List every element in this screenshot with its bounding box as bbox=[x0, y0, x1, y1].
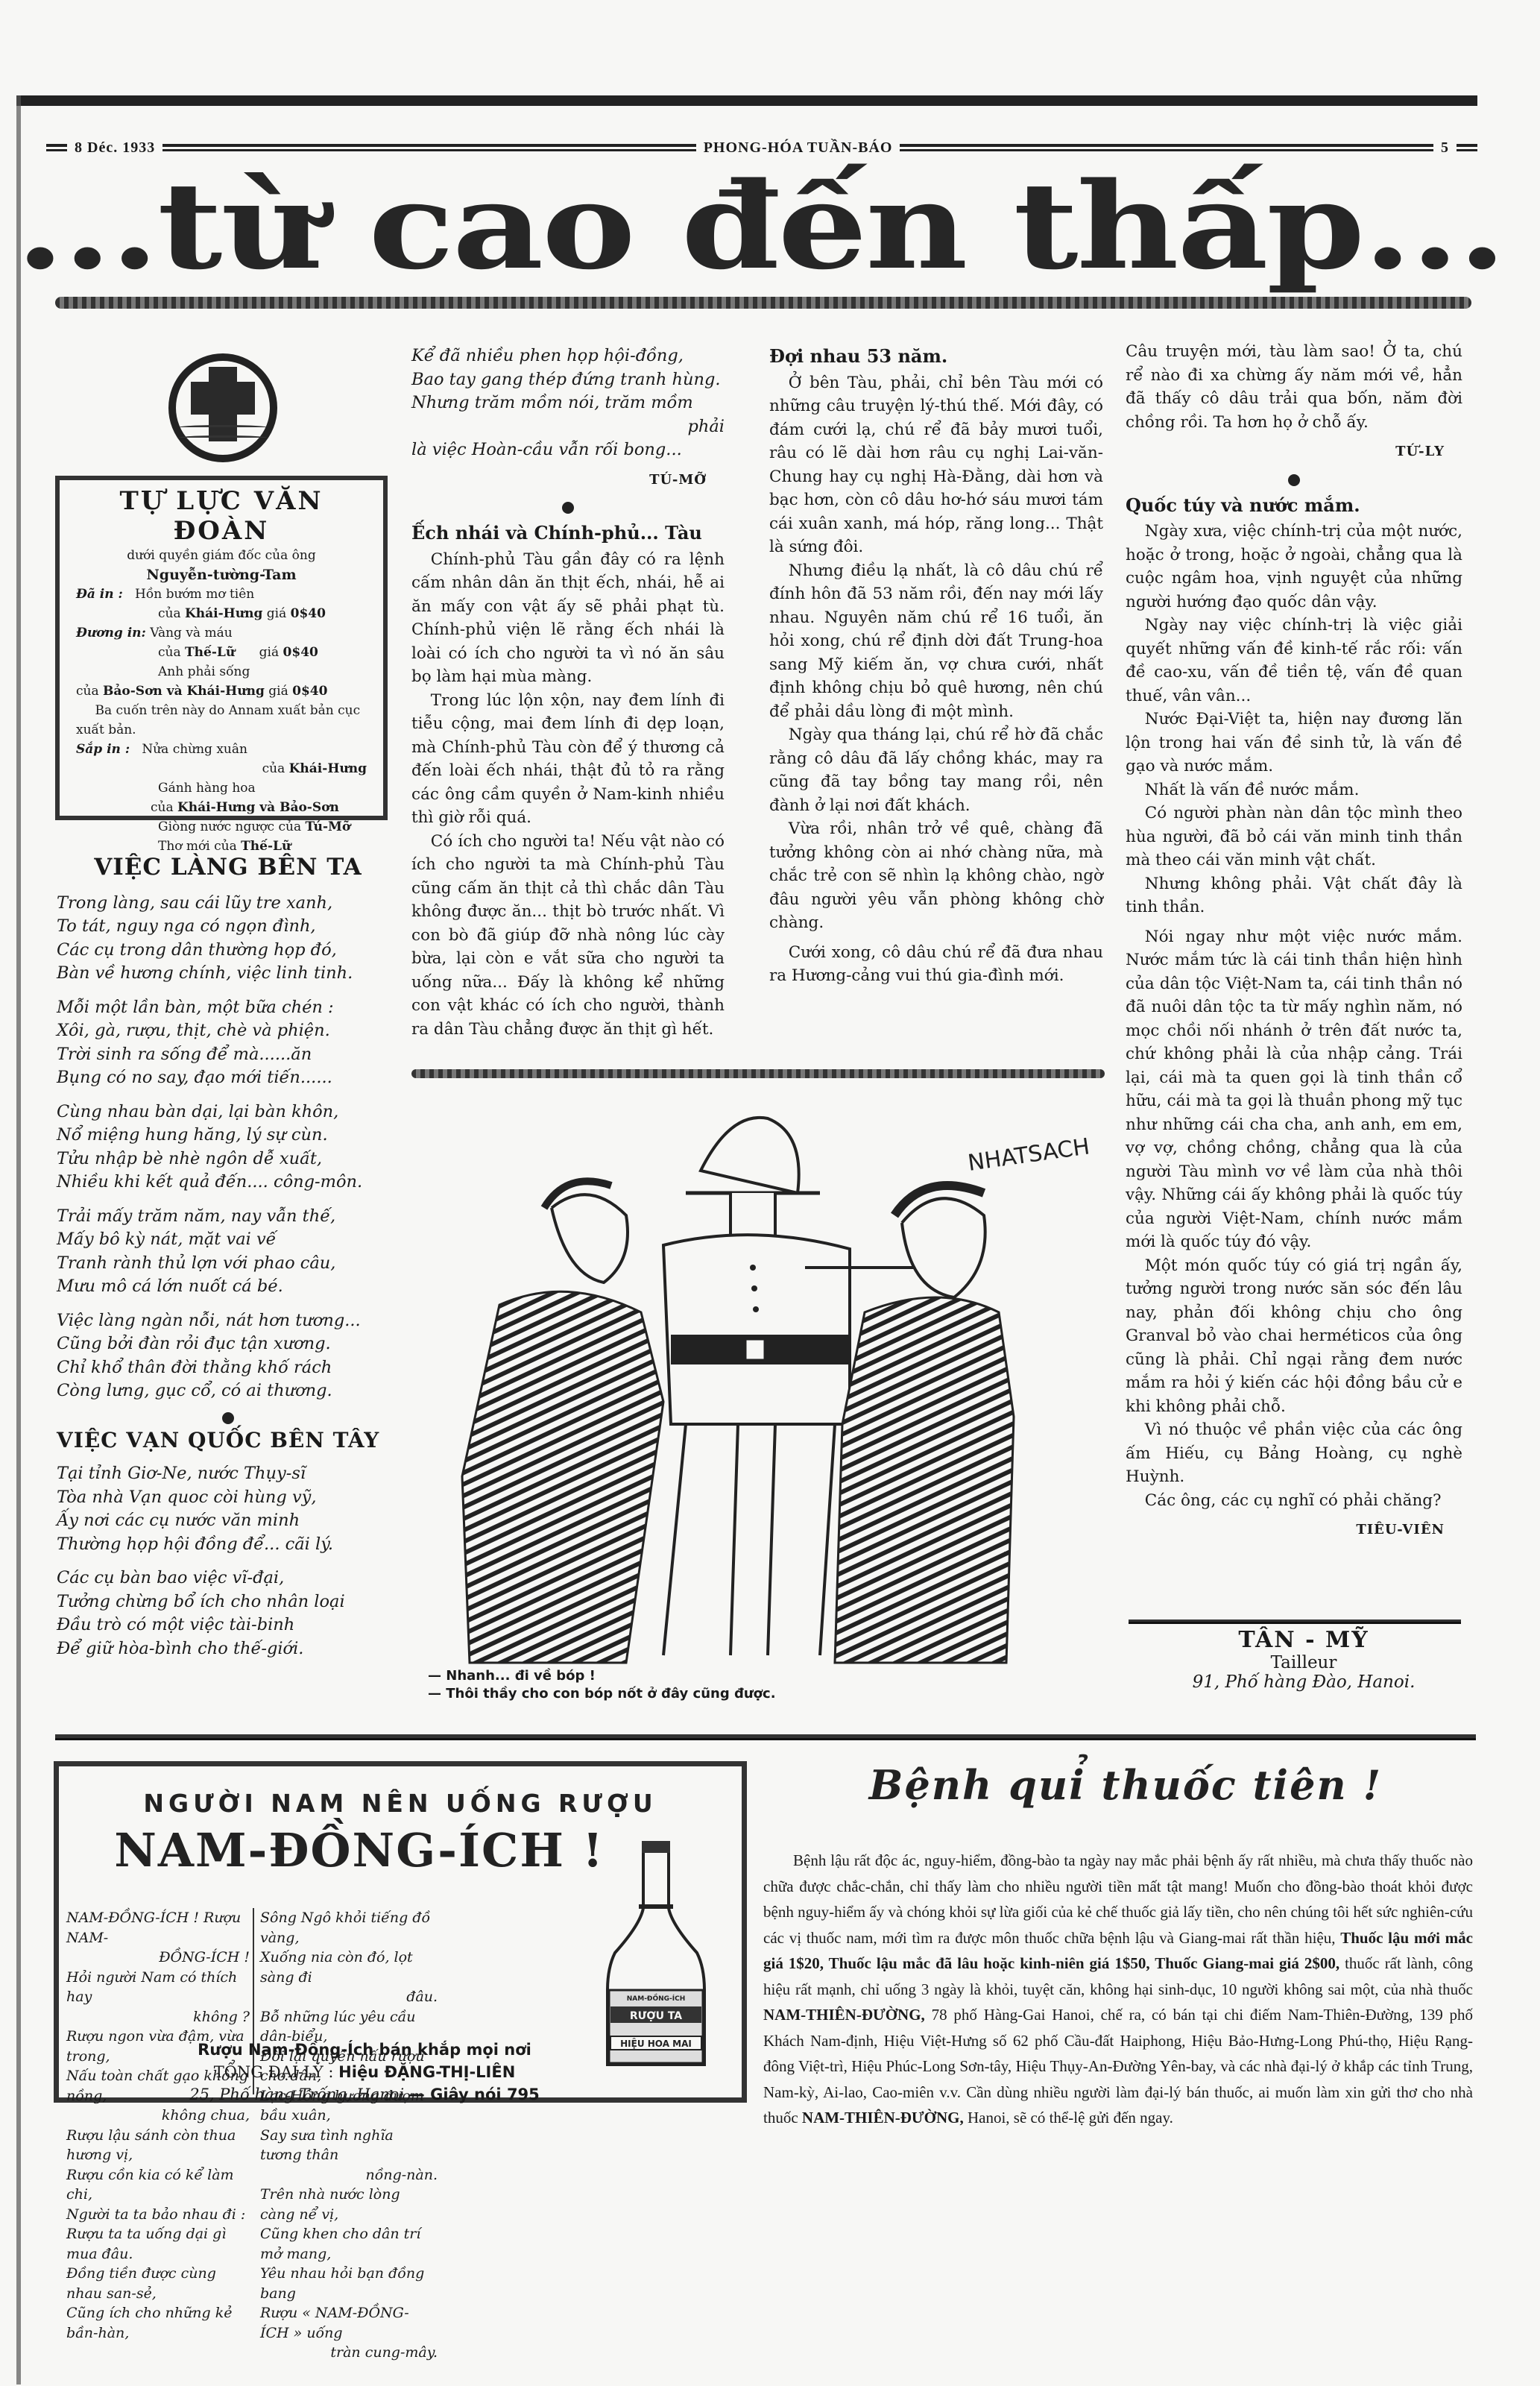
poem-line: Bàn về hương chính, việc linh tinh. bbox=[57, 962, 400, 986]
poem-line: Các cụ trong dân thường họp đó, bbox=[57, 939, 400, 963]
poem-title: VIỆC VẠN QUỐC BÊN TÂY bbox=[57, 1429, 400, 1452]
book-author-line: của Thế-Lữ giá 0$40 bbox=[76, 643, 367, 662]
section-bullet bbox=[222, 1412, 234, 1424]
poem-line: Mưu mô cá lớn nuốt cá bé. bbox=[57, 1275, 400, 1299]
issue-date: 8 Déc. 1933 bbox=[75, 139, 155, 157]
poem-line: Còng lưng, gục cổ, có ai thương. bbox=[57, 1379, 400, 1403]
header-rule bbox=[162, 144, 696, 151]
article-title: Quốc túy và nước mắm. bbox=[1126, 494, 1462, 517]
article-paragraph: Nhưng không phải. Vật chất đây là tinh t… bbox=[1126, 872, 1462, 919]
wine-bottle-icon: RƯỢU TA NAM-ĐỒNG-ÍCH HIỆU HOA MAI bbox=[600, 1841, 712, 2072]
book-entry: Đã in : Hồn bướm mơ tiên bbox=[76, 585, 367, 604]
box-title: TỰ LỰC VĂN ĐOÀN bbox=[76, 486, 367, 546]
section-masthead: ...từ cao đến thấp... bbox=[0, 163, 1540, 289]
medicine-ad-title: Bệnh quỉ thuốc tiên ! bbox=[775, 1761, 1476, 1809]
poem-line: Cùng nhau bàn dại, lại bàn khôn, bbox=[57, 1101, 400, 1124]
article-paragraph: Nhất là vấn đề nước mắm. bbox=[1126, 778, 1462, 802]
article-paragraph: Nước Đại-Việt ta, hiện nay đương lăn lộn… bbox=[1126, 708, 1462, 778]
article-paragraph: Trong lúc lộn xộn, nay đem lính đi tiễu … bbox=[411, 689, 725, 830]
author-signature: TIÊU-VIÊN bbox=[1126, 1518, 1445, 1542]
article-paragraph: Có ích cho người ta! Nếu vật nào có ích … bbox=[411, 830, 725, 1042]
header-rule bbox=[900, 144, 1433, 151]
poem-line: Xôi, gà, rượu, thịt, chè và phiện. bbox=[57, 1019, 400, 1043]
article-paragraph: Vì nó thuộc về phần việc của các ông ấm … bbox=[1126, 1418, 1462, 1489]
verse-line: Trên nhà nước lòng càng nể vị, bbox=[260, 2185, 438, 2224]
column-3: Đợi nhau 53 năm. Ở bên Tàu, phải, chỉ bê… bbox=[769, 344, 1103, 988]
article-paragraph: Câu truyện mới, tàu làm sao! Ở ta, chú r… bbox=[1126, 340, 1462, 434]
article-title: Đợi nhau 53 năm. bbox=[769, 344, 1103, 368]
book-entry: Đương in: Vàng và máu bbox=[76, 623, 367, 643]
poem-stanza: Việc làng ngàn nỗi, nát hơn tương...Cũng… bbox=[57, 1309, 400, 1403]
wine-address: 25, Phố hàng Trống, Hanoi — Giây nói 795 bbox=[126, 2083, 603, 2106]
verse-line: không ? bbox=[66, 2007, 250, 2027]
article-paragraph: Ngày nay việc chính-trị là việc giải quy… bbox=[1126, 614, 1462, 708]
verse-line: Yêu nhau hỏi bạn đồng bang bbox=[260, 2264, 438, 2303]
poem-line: Trong làng, sau cái lũy tre xanh, bbox=[57, 892, 400, 916]
book-entry: Sắp in : Nửa chừng xuân bbox=[76, 740, 367, 759]
verse-line: Sông Ngô khỏi tiếng đồ vàng, bbox=[260, 1908, 438, 1948]
poem-line: Bụng có no say, đạo mới tiến...... bbox=[57, 1066, 400, 1090]
column-4: Câu truyện mới, tàu làm sao! Ở ta, chú r… bbox=[1126, 340, 1462, 1542]
poem-stanza: Tại tỉnh Giơ-Ne, nước Thụy-sĩTòa nhà Vạn… bbox=[57, 1462, 400, 1556]
verse-line: đâu. bbox=[260, 1987, 438, 2007]
article-paragraph: Có người phàn nàn dân tộc mình theo hùa … bbox=[1126, 802, 1462, 872]
poem-line: Đầu trò có một việc tài-binh bbox=[57, 1614, 400, 1637]
article-paragraph: Chính-phủ Tàu gần đây có ra lệnh cấm nhâ… bbox=[411, 548, 725, 689]
tailor-ad: TÂN - MỸ Tailleur 91, Phố hàng Đào, Hano… bbox=[1129, 1627, 1479, 1692]
poem-line: Tại tỉnh Giơ-Ne, nước Thụy-sĩ bbox=[57, 1462, 400, 1486]
poem-body: Tại tỉnh Giơ-Ne, nước Thụy-sĩTòa nhà Vạn… bbox=[57, 1462, 400, 1661]
article-paragraph: Ở bên Tàu, phải, chỉ bên Tàu mới có nhữn… bbox=[769, 371, 1103, 559]
header-rule-right bbox=[1457, 144, 1477, 151]
tailor-trade: Tailleur bbox=[1129, 1653, 1479, 1672]
poem-stanza: Cùng nhau bàn dại, lại bàn khôn,Nổ miệng… bbox=[57, 1101, 400, 1194]
verse-line: tràn cung-mây. bbox=[260, 2343, 438, 2363]
emblem-wave bbox=[179, 435, 267, 440]
verse-line: Xuống nia còn đó, lọt sàng đi bbox=[260, 1948, 438, 1987]
svg-text:NHATSACH: NHATSACH bbox=[966, 1133, 1091, 1177]
verse-line: Cũng khen cho dân trí mở mang, bbox=[260, 2224, 438, 2264]
verse-line: Rượu lậu sánh còn thua hương vị, bbox=[66, 2126, 250, 2165]
verse-line: Rượu cồn kia có kể làm chi, bbox=[66, 2165, 250, 2205]
poem-line: Bao tay gang thép đứng tranh hùng. bbox=[411, 368, 725, 392]
wine-availability: Rượu Nam-Đồng-Ích bán khắp mọi nơi bbox=[126, 2039, 603, 2061]
poem-line: Tranh rành thủ lợn với phao câu, bbox=[57, 1252, 400, 1276]
poem-line: To tát, nguy nga có ngọn đình, bbox=[57, 915, 400, 939]
poem-line: Thường họp hội đồng để... cãi lý. bbox=[57, 1533, 400, 1557]
verse-line: nồng-nàn. bbox=[260, 2165, 438, 2185]
poem-village-affairs: VIỆC LÀNG BÊN TA Trong làng, sau cái lũy… bbox=[57, 856, 400, 1671]
pharmacy-name: NAM-THIÊN-ĐƯỜNG, bbox=[763, 2006, 925, 2024]
poem-line: Nhiều khi kết quả đến.... công-môn. bbox=[57, 1171, 400, 1194]
book-author-line: của Khái-Hưng bbox=[76, 759, 367, 778]
poem-line: phải bbox=[411, 415, 725, 439]
book-author-line: của Khái-Hưng giá 0$40 bbox=[76, 604, 367, 623]
box-subtitle: dưới quyền giám đốc của ông bbox=[76, 546, 367, 565]
book-entry: Gánh hàng hoa bbox=[76, 778, 367, 798]
verse-line: Rượu « NAM-ĐỒNG-ÍCH » uống bbox=[260, 2303, 438, 2343]
poem-line: Nhưng trăm mồm nói, trăm mồm bbox=[411, 391, 725, 415]
poem-line: Kể đã nhiều phen họp hội-đồng, bbox=[411, 344, 725, 368]
article-paragraph: Nói ngay như một việc nước mắm. Nước mắm… bbox=[1126, 925, 1462, 1254]
poem-body: Trong làng, sau cái lũy tre xanh,To tát,… bbox=[57, 892, 400, 1403]
masthead-wavy-rule bbox=[55, 297, 1471, 309]
poem-line: Nổ miệng hung hăng, lý sự cùn. bbox=[57, 1124, 400, 1148]
poem-line: Tửu nhập bè nhè ngôn dễ xuất, bbox=[57, 1148, 400, 1171]
caption-line: — Thôi thầy cho con bóp nốt ở đây cũng đ… bbox=[428, 1685, 776, 1703]
article-paragraph: Cưới xong, cô dâu chú rể đã đưa nhau ra … bbox=[769, 941, 1103, 988]
poem-stanza: Trải mấy trăm năm, nay vẫn thế,Mấy bô kỳ… bbox=[57, 1205, 400, 1299]
tu-luc-van-doan-emblem-icon bbox=[168, 353, 277, 462]
section-bullet bbox=[562, 502, 574, 514]
page-top-border bbox=[16, 95, 1477, 106]
cartoon-caption: — Nhanh... đi về bóp ! — Thôi thầy cho c… bbox=[428, 1667, 776, 1703]
caption-line: — Nhanh... đi về bóp ! bbox=[428, 1667, 776, 1685]
tailor-address: 91, Phố hàng Đào, Hanoi. bbox=[1129, 1672, 1479, 1692]
emblem-stem bbox=[209, 367, 237, 441]
poem-line: Cũng bởi đàn rỏi đục tận xương. bbox=[57, 1332, 400, 1356]
verse-line: Đồng tiền được cùng nhau san-sẻ, bbox=[66, 2264, 250, 2303]
book-list-box: TỰ LỰC VĂN ĐOÀN dưới quyền giám đốc của … bbox=[55, 476, 388, 820]
poem-line: Chỉ khổ thân đời thằng khố rách bbox=[57, 1356, 400, 1380]
poem-line: Các cụ bàn bao việc vĩ-đại, bbox=[57, 1567, 400, 1590]
wine-footer: Rượu Nam-Đồng-Ích bán khắp mọi nơi TỔNG … bbox=[126, 2039, 603, 2106]
verse-line: NAM-ĐỒNG-ÍCH ! Rượu NAM- bbox=[66, 1908, 250, 1948]
medicine-ad-body: Bệnh lậu rất độc ác, nguy-hiểm, đồng-bào… bbox=[763, 1848, 1473, 2131]
wine-advertisement: NGƯỜI NAM NÊN UỐNG RƯỢU NAM-ĐỒNG-ÍCH ! N… bbox=[54, 1761, 747, 2103]
publication-name: PHONG-HÓA TUẦN-BÁO bbox=[704, 139, 893, 157]
article-title: Ếch nhái và Chính-phủ... Tàu bbox=[411, 521, 725, 545]
poem-line: là việc Hoàn-cầu vẫn rối bong... bbox=[411, 438, 725, 462]
header-rule-left bbox=[46, 144, 67, 151]
wine-agent: TỔNG ĐẠI-LÝ : Hiệu ĐẶNG-THỊ-LIÊN bbox=[126, 2061, 603, 2083]
book-entry: Giòng nước ngược của Tú-Mỡ bbox=[76, 817, 367, 837]
page-header: 8 Déc. 1933 PHONG-HÓA TUẦN-BÁO 5 bbox=[46, 139, 1477, 157]
box-director: Nguyễn-tường-Tam bbox=[76, 565, 367, 585]
book-author-line: của Bảo-Sơn và Khái-Hưng giá 0$40 bbox=[76, 682, 367, 701]
poem-continuation: Kể đã nhiều phen họp hội-đồng,Bao tay ga… bbox=[411, 344, 725, 462]
poem-line: Tòa nhà Vạn quoc còi hùng vỹ, bbox=[57, 1486, 400, 1510]
page-number: 5 bbox=[1441, 139, 1449, 157]
verse-line: Hỏi người Nam có thích hay bbox=[66, 1968, 250, 2007]
page-left-border bbox=[16, 95, 21, 2385]
poem-line: Mấy bô kỳ nát, mặt vai vế bbox=[57, 1228, 400, 1252]
author-signature: TÚ-MỠ bbox=[411, 468, 707, 492]
book-entry: Anh phải sống bbox=[76, 662, 367, 682]
svg-text:HIỆU HOA MAI: HIỆU HOA MAI bbox=[620, 2038, 692, 2049]
poem-line: Ấy nơi các cụ nước văn minh bbox=[57, 1509, 400, 1533]
book-author-line: của Khái-Hưng và Bảo-Sơn bbox=[76, 798, 367, 817]
poem-stanza: Trong làng, sau cái lũy tre xanh,To tát,… bbox=[57, 892, 400, 986]
verse-line: Người ta ta bảo nhau đi : bbox=[66, 2205, 250, 2225]
emblem-wave bbox=[179, 425, 267, 429]
column-2: Kể đã nhiều phen họp hội-đồng,Bao tay ga… bbox=[411, 344, 725, 1041]
tailor-ad-rule bbox=[1129, 1619, 1461, 1624]
verse-line: Cũng ích cho những kẻ bần-hàn, bbox=[66, 2303, 250, 2343]
poem-line: Tưởng chừng bổ ích cho nhân loại bbox=[57, 1590, 400, 1614]
poem-line: Trời sinh ra sống để mà......ăn bbox=[57, 1043, 400, 1067]
poem-stanza: Các cụ bàn bao việc vĩ-đại,Tưởng chừng b… bbox=[57, 1567, 400, 1661]
article-paragraph: Vừa rồi, nhân trở về quê, chàng đã tưởng… bbox=[769, 817, 1103, 935]
author-signature: TỨ-LY bbox=[1126, 440, 1445, 464]
wine-verse-left: NAM-ĐỒNG-ÍCH ! Rượu NAM-ĐỒNG-ÍCH !Hỏi ng… bbox=[66, 1908, 250, 2343]
article-paragraph: Ngày xưa, việc chính-trị của một nước, h… bbox=[1126, 520, 1462, 614]
verse-line: không chua, bbox=[66, 2106, 250, 2126]
article-paragraph: Một món quốc túy có giá trị ngần ấy, tưở… bbox=[1126, 1254, 1462, 1419]
article-paragraph: Ngày qua tháng lại, chú rể hờ đã chắc rằ… bbox=[769, 723, 1103, 817]
tailor-name: TÂN - MỸ bbox=[1129, 1627, 1479, 1653]
wine-verse-right: Sông Ngô khỏi tiếng đồ vàng,Xuống nia cò… bbox=[260, 1908, 438, 2363]
publisher-note: Ba cuốn trên này do Annam xuất bản cục x… bbox=[76, 701, 367, 740]
poem-title: VIỆC LÀNG BÊN TA bbox=[57, 856, 400, 880]
poem-stanza: Mỗi một lần bàn, một bữa chén :Xôi, gà, … bbox=[57, 996, 400, 1090]
verse-line: ĐỒNG-ÍCH ! bbox=[66, 1948, 250, 1968]
poem-line: Việc làng ngàn nỗi, nát hơn tương... bbox=[57, 1309, 400, 1333]
wine-headline: NGƯỜI NAM NÊN UỐNG RƯỢU bbox=[59, 1789, 742, 1818]
svg-text:RƯỢU TA: RƯỢU TA bbox=[630, 2010, 682, 2022]
section-bullet bbox=[1288, 474, 1300, 486]
pharmacy-name: NAM-THIÊN-ĐƯỜNG, bbox=[802, 2109, 964, 2127]
poem-line: Mỗi một lần bàn, một bữa chén : bbox=[57, 996, 400, 1020]
verse-line: Say sưa tình nghĩa tương thân bbox=[260, 2126, 438, 2165]
cartoon-drawing-icon: NHATSACH bbox=[417, 1089, 1103, 1685]
poem-line: Để giữ hòa-bình cho thế-giới. bbox=[57, 1637, 400, 1661]
poem-line: Trải mấy trăm năm, nay vẫn thế, bbox=[57, 1205, 400, 1229]
cartoon-illustration: NHATSACH bbox=[417, 1089, 1103, 1685]
article-paragraph: Các ông, các cụ nghĩ có phải chăng? bbox=[1126, 1489, 1462, 1513]
article-paragraph: Nhưng điều lạ nhất, là cô dâu chú rể đín… bbox=[769, 559, 1103, 724]
verse-line: Rượu ta ta uống dại gì mua đâu. bbox=[66, 2224, 250, 2264]
cartoon-wavy-rule bbox=[411, 1069, 1105, 1078]
ads-divider bbox=[55, 1734, 1476, 1740]
